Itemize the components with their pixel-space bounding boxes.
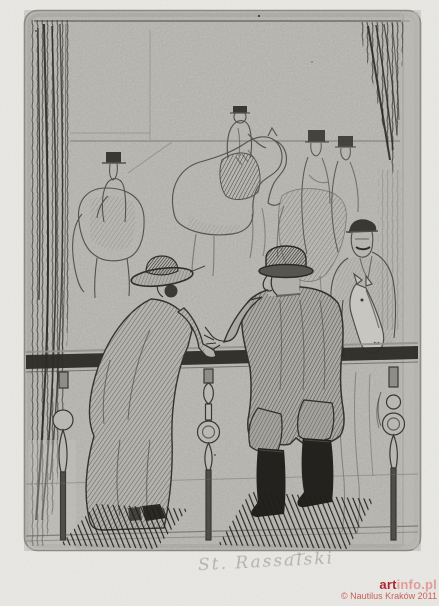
- woman-hair-bun: [165, 285, 178, 298]
- watermark-brand-secondary: info.pl: [397, 577, 437, 592]
- watermark-copyright: © Nautilus Kraków 2011: [341, 591, 437, 601]
- left-curtain: [28, 20, 76, 550]
- watermark-brand: artinfo.pl: [341, 579, 437, 591]
- watermark-brand-primary: art: [379, 577, 396, 592]
- etching-image: [0, 0, 439, 606]
- artwork-photo: St. Rassalski artinfo.pl © Nautilus Krak…: [0, 0, 439, 606]
- watermark: artinfo.pl © Nautilus Kraków 2011: [341, 579, 437, 601]
